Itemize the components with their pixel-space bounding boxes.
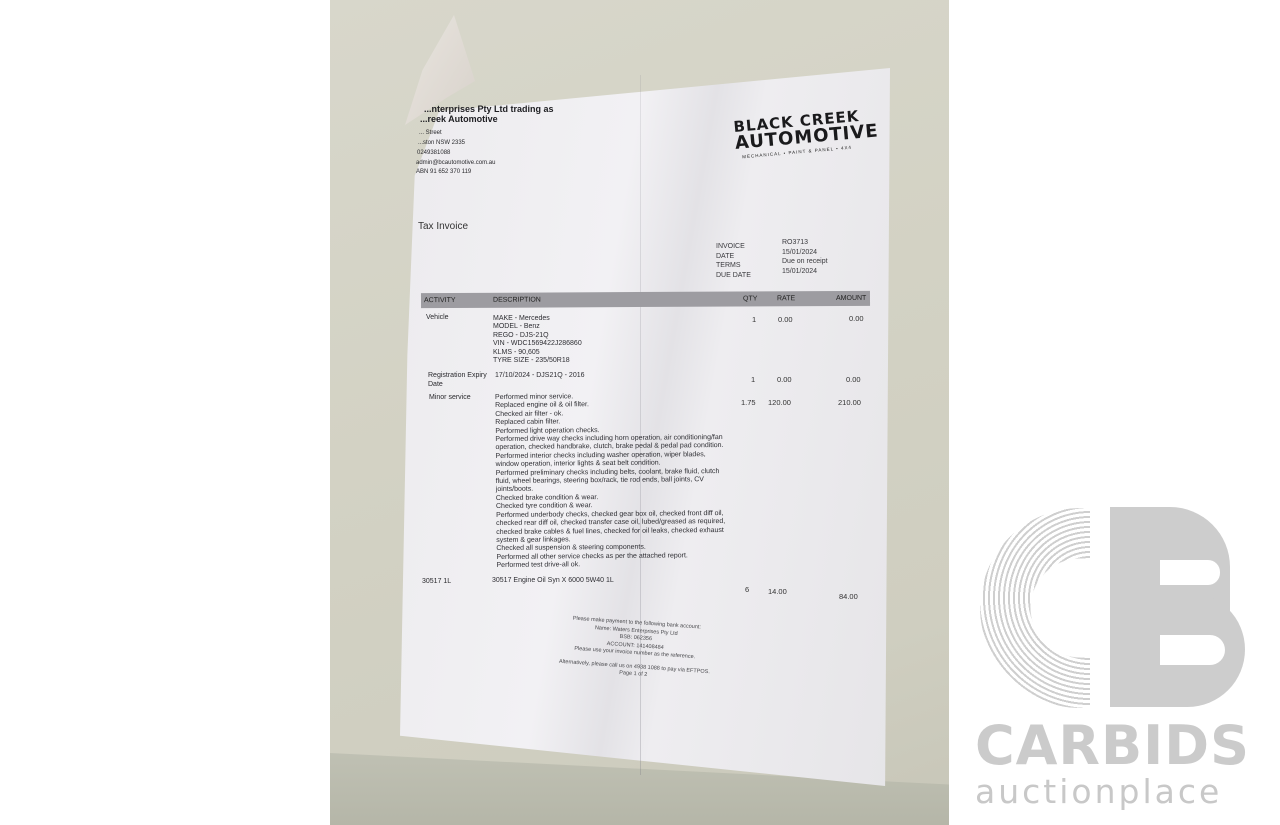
- row-qty: 1: [751, 375, 755, 384]
- meta-terms-label: TERMS: [716, 262, 782, 271]
- header-rate: RATE: [777, 295, 795, 302]
- row-amount: 210.00: [838, 398, 861, 407]
- row-rate: 0.00: [777, 375, 792, 384]
- row-qty: 1: [752, 315, 756, 324]
- desc-line: REGO - DJS-21Q: [493, 332, 582, 340]
- watermark-subtitle: auctionplace: [975, 774, 1255, 810]
- letter-b-icon: [1110, 507, 1250, 707]
- carbids-watermark: CARBIDS auctionplace: [975, 505, 1255, 810]
- row-activity: Minor service: [429, 394, 471, 403]
- header-activity: ACTIVITY: [424, 297, 456, 304]
- desc-line: MAKE - Mercedes: [493, 315, 582, 323]
- row-description: 30517 Engine Oil Syn X 6000 5W40 1L: [492, 577, 614, 585]
- document-title: Tax Invoice: [418, 223, 468, 232]
- meta-date-label: DATE: [716, 253, 782, 262]
- b-counter-bottom: [1160, 635, 1225, 665]
- desc-line: VIN - WDC1569422J286860: [493, 340, 582, 348]
- row-description: MAKE - Mercedes MODEL - Benz REGO - DJS-…: [493, 315, 582, 365]
- watermark-brand: CARBIDS: [975, 718, 1255, 774]
- row-description: Performed minor service. Replaced engine…: [495, 392, 726, 571]
- row-amount: 0.00: [849, 314, 864, 323]
- desc-line: KLMS - 90,605: [493, 349, 582, 357]
- row-qty: 1.75: [741, 398, 756, 407]
- fingerprint-cb-logo-icon: [975, 505, 1250, 710]
- business-phone: 0249381088: [417, 149, 450, 158]
- table-header: ACTIVITY DESCRIPTION QTY RATE AMOUNT: [421, 291, 870, 308]
- row-amount: 0.00: [846, 375, 861, 384]
- row-rate: 0.00: [778, 315, 793, 324]
- payment-footer: Please make payment to the following ban…: [558, 615, 712, 684]
- row-qty: 6: [745, 585, 749, 594]
- header-qty: QTY: [743, 295, 757, 302]
- row-activity: Registration Expiry Date: [428, 372, 493, 389]
- invoice-meta: INVOICE RO3713 DATE 15/01/2024 TERMS Due…: [716, 243, 872, 280]
- b-counter-top: [1160, 560, 1220, 585]
- row-rate: 14.00: [768, 587, 787, 596]
- meta-due-date-value: 15/01/2024: [782, 268, 872, 281]
- business-address-line2: ...ston NSW 2335: [418, 139, 465, 148]
- desc-line: 17/10/2024 - DJS21Q - 2016: [495, 372, 585, 380]
- row-description: 17/10/2024 - DJS21Q - 2016: [495, 372, 585, 380]
- meta-due-date-label: DUE DATE: [716, 272, 782, 281]
- desc-line: MODEL - Benz: [493, 323, 582, 331]
- row-activity: 30517 1L: [422, 578, 451, 587]
- desc-line: 30517 Engine Oil Syn X 6000 5W40 1L: [492, 577, 614, 585]
- header-description: DESCRIPTION: [493, 297, 541, 304]
- business-address-line1: ... Street: [419, 129, 442, 138]
- business-abn: ABN 91 652 370 119: [416, 168, 471, 177]
- meta-invoice-label: INVOICE: [716, 243, 782, 252]
- business-name-line2: ...reek Automotive: [420, 114, 498, 125]
- header-amount: AMOUNT: [836, 295, 866, 302]
- row-rate: 120.00: [768, 398, 791, 407]
- row-amount: 84.00: [839, 592, 858, 601]
- business-email: admin@bcautomotive.com.au: [416, 159, 495, 168]
- desc-line: TYRE SIZE - 235/50R18: [493, 357, 582, 365]
- row-activity: Vehicle: [426, 314, 449, 323]
